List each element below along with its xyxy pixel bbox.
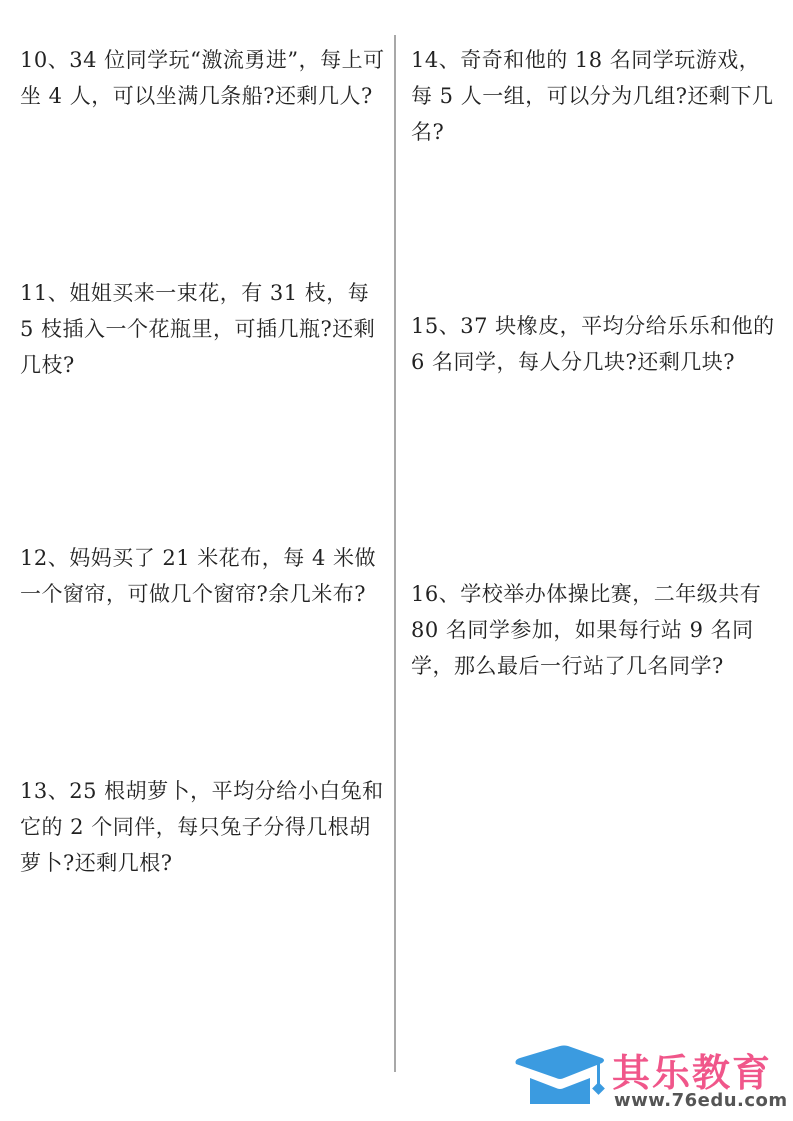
- problem-15: 15、37 块橡皮，平均分给乐乐和他的 6 名同学，每人分几块?还剩几块?: [411, 308, 779, 380]
- problem-14: 14、奇奇和他的 18 名同学玩游戏，每 5 人一组，可以分为几组?还剩下几名?: [411, 42, 779, 150]
- problem-12: 12、妈妈买了 21 米花布，每 4 米做一个窗帘，可做几个窗帘?余几米布?: [20, 540, 385, 612]
- column-divider: [394, 35, 396, 1072]
- problem-10: 10、34 位同学玩“激流勇进”，每上可坐 4 人，可以坐满几条船?还剩几人?: [20, 42, 385, 114]
- problem-16: 16、学校举办体操比赛，二年级共有 80 名同学参加，如果每行站 9 名同学，那…: [411, 576, 779, 684]
- problem-13: 13、25 根胡萝卜，平均分给小白兔和它的 2 个同伴，每只兔子分得几根胡萝卜?…: [20, 773, 385, 881]
- problem-11: 11、姐姐买来一束花，有 31 枝，每 5 枝插入一个花瓶里，可插几瓶?还剩几枝…: [20, 275, 385, 383]
- graduation-cap-icon: [512, 1044, 608, 1110]
- brand-url: www.76edu.com: [614, 1090, 788, 1111]
- brand-title: 其乐教育: [612, 1042, 772, 1097]
- brand-logo: 其乐教育 www.76edu.com: [512, 1040, 787, 1115]
